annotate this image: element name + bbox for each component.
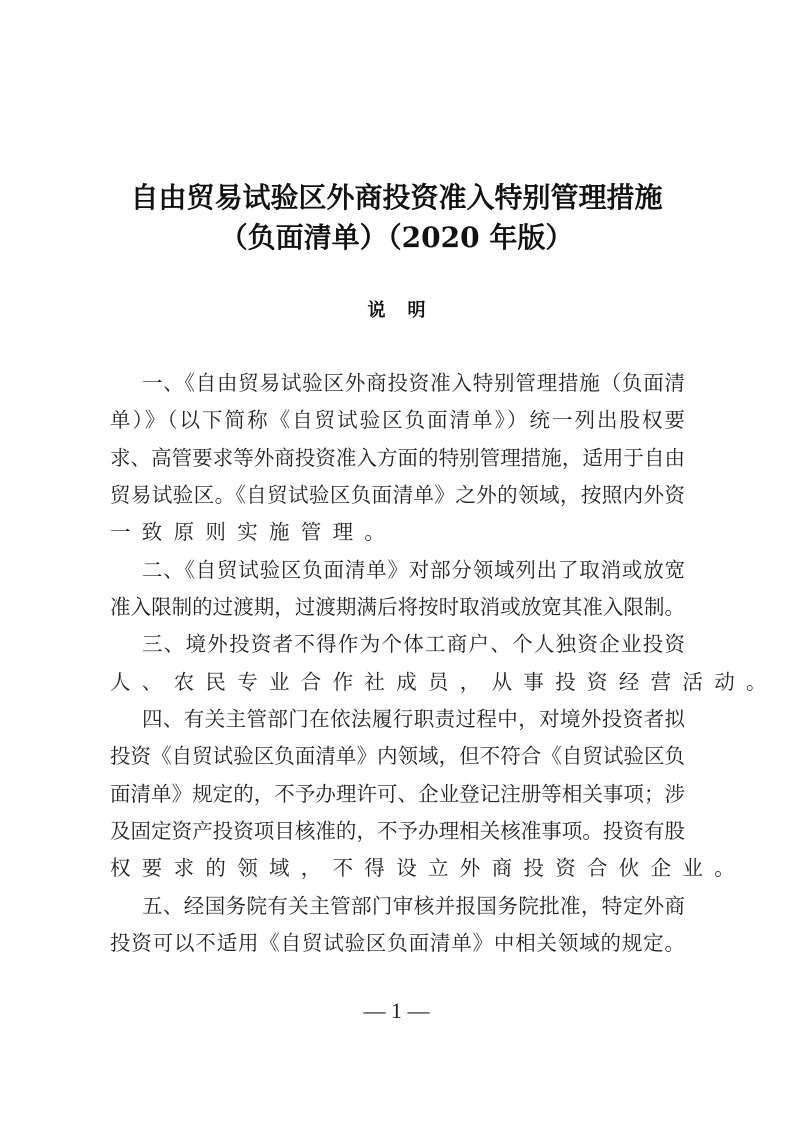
paragraph-line: 及固定资产投资项目核准的，不予办理相关核准事项。投资有股 [110,818,685,844]
paragraph-line: 投资可以不适用《自贸试验区负面清单》中相关领域的规定。 [110,930,685,956]
paragraph-line: 贸易试验区。《自贸试验区负面清单》之外的领域，按照内外资 [110,482,685,508]
page-number: — 1 — [0,998,793,1024]
paragraph-line: 五、经国务院有关主管部门审核并报国务院批准，特定外商 [142,893,685,919]
paragraph-line: 一、《自由贸易试验区外商投资准入特别管理措施（负面清 [142,370,685,396]
document-title-line-2: （负面清单）（2020 年版） [0,216,793,256]
section-heading: 说明 [0,296,793,322]
paragraph-line: 面清单》规定的，不予办理许可、企业登记注册等相关事项；涉 [110,781,685,807]
paragraph-line: 单）》（以下简称《自贸试验区负面清单》）统一列出股权要 [110,407,685,433]
paragraph-line: 一致原则实施管理。 [110,519,685,545]
paragraph-line: 权要求的领域，不得设立外商投资合伙企业。 [110,855,685,881]
paragraph-line: 准入限制的过渡期，过渡期满后将按时取消或放宽其准入限制。 [110,594,685,620]
paragraph-line: 四、有关主管部门在依法履行职责过程中，对境外投资者拟 [142,706,685,732]
paragraph-line: 三、境外投资者不得作为个体工商户、个人独资企业投资 [142,631,685,657]
paragraph-line: 求、高管要求等外商投资准入方面的特别管理措施，适用于自由 [110,445,685,471]
paragraph-line: 二、《自贸试验区负面清单》对部分领域列出了取消或放宽 [142,557,685,583]
paragraph-line: 投资《自贸试验区负面清单》内领域，但不符合《自贸试验区负 [110,743,685,769]
document-title-line-1: 自由贸易试验区外商投资准入特别管理措施 [0,176,793,216]
paragraph-line: 人、农民专业合作社成员，从事投资经营活动。 [110,669,685,695]
